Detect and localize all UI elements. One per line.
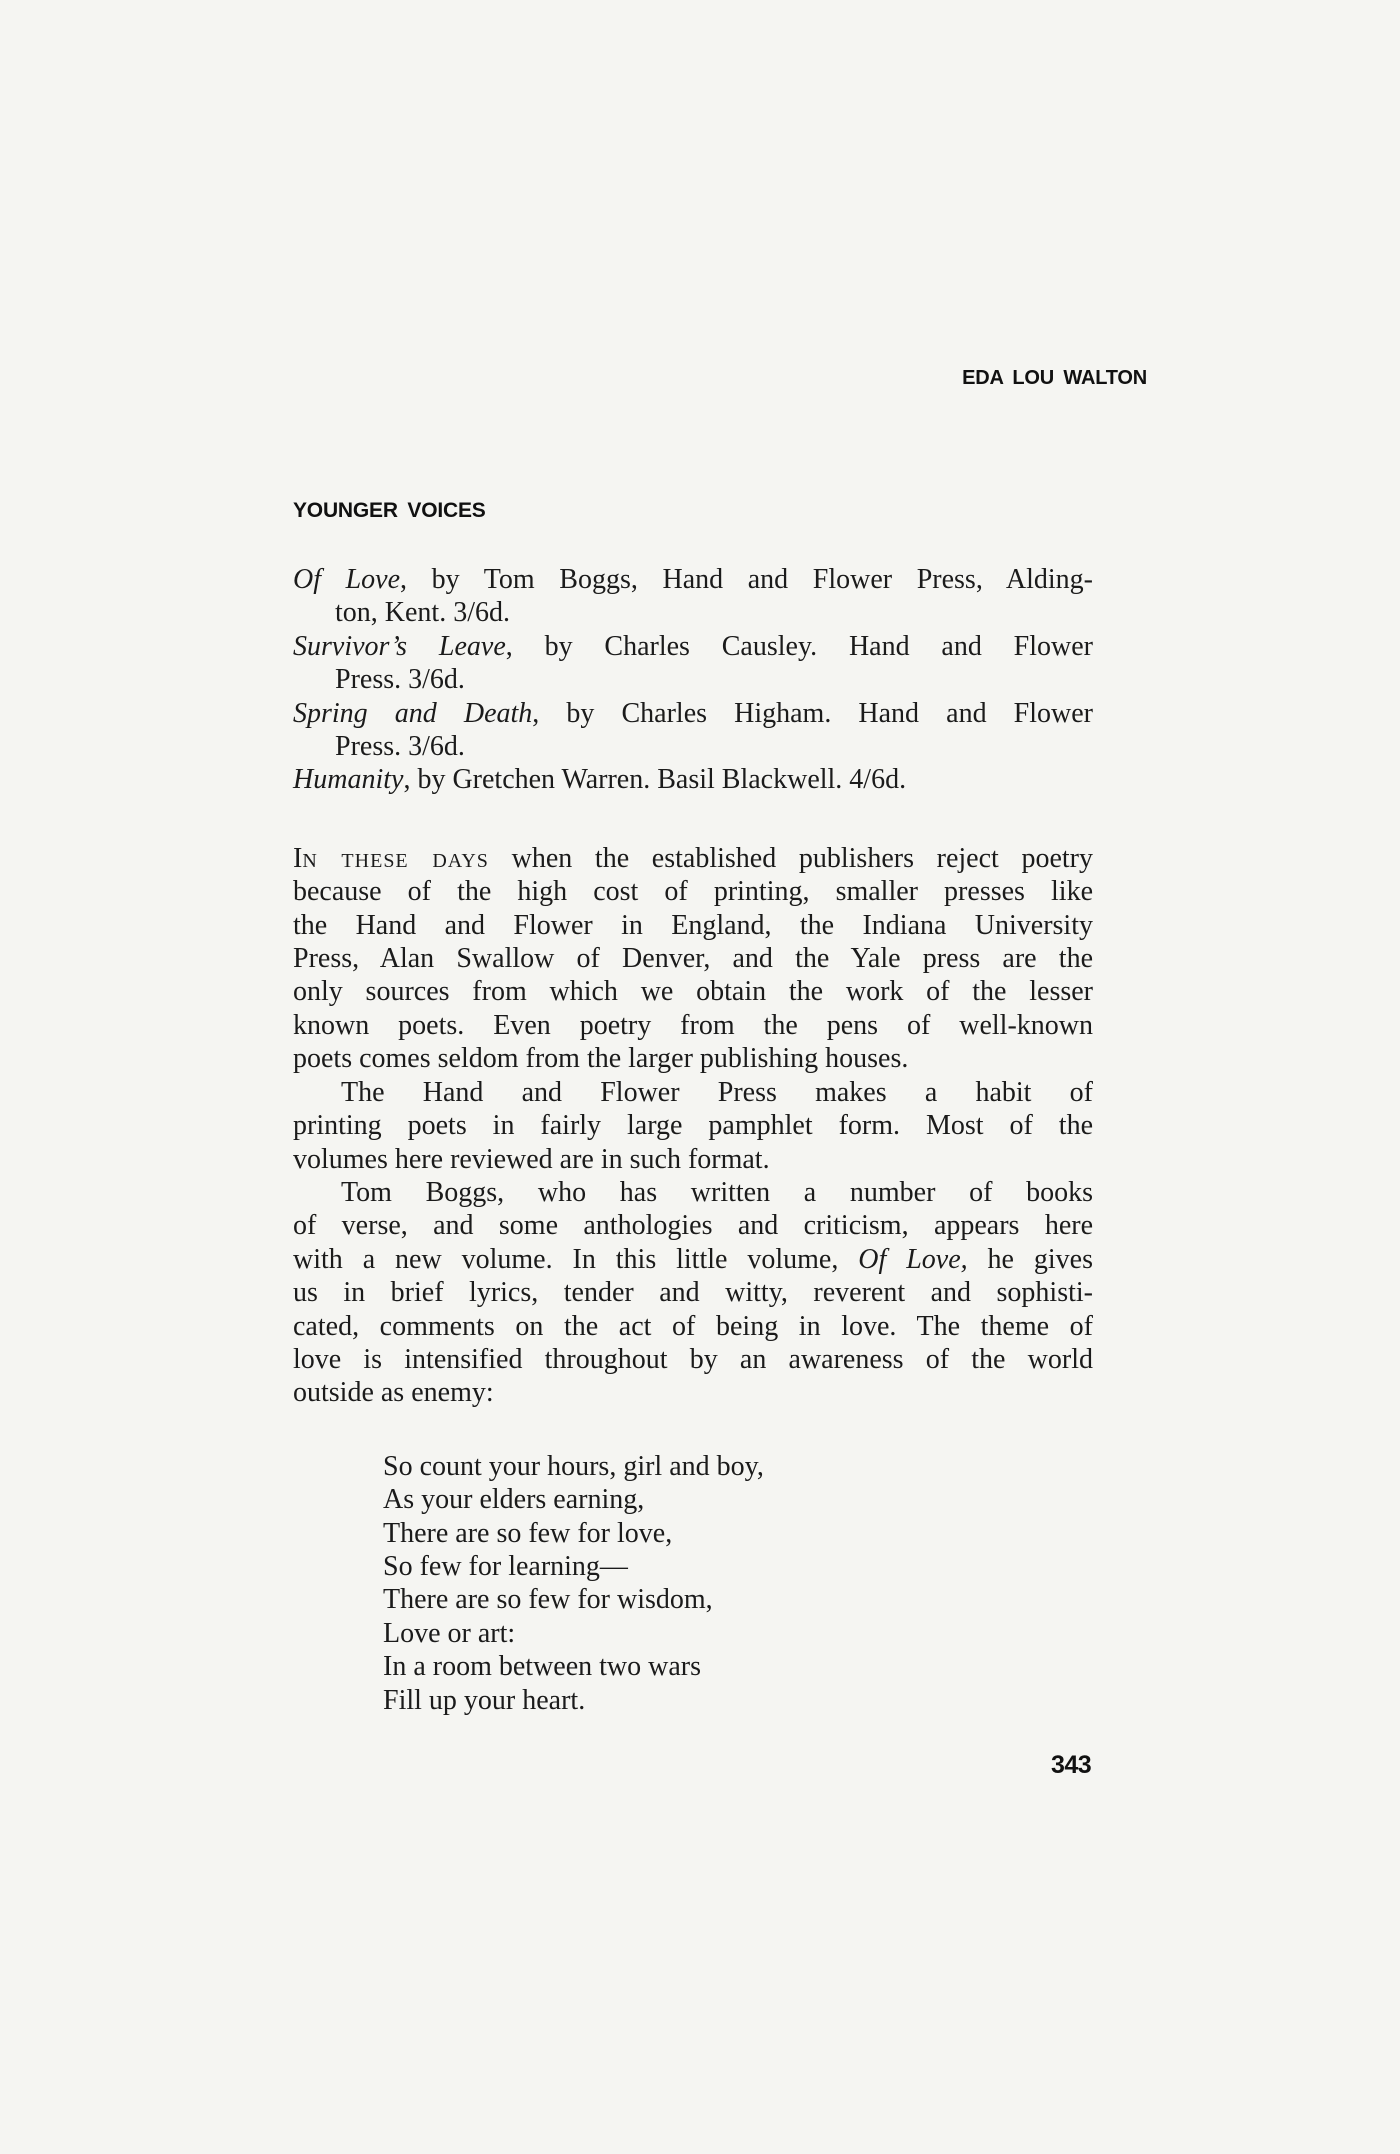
text-run: of verse, and some anthologies and criti… (293, 1210, 1093, 1241)
text-line: because of the high cost of printing, sm… (293, 875, 1093, 908)
text-run: printing poets in fairly large pamphlet … (293, 1110, 1093, 1141)
text-run: volumes here reviewed are in such format… (293, 1144, 770, 1175)
italic-text: Survivor’s Leave (293, 631, 506, 662)
text-line: only sources from which we obtain the wo… (293, 975, 1093, 1008)
text-run: known poets. Even poetry from the pens o… (293, 1010, 1093, 1041)
poem-line: There are so few for wisdom, (383, 1583, 1093, 1616)
document-page: EDA LOU WALTON YOUNGER VOICES Of Love, b… (0, 0, 1400, 2154)
bibliography-entry: Spring and Death, by Charles Higham. Han… (293, 697, 1093, 764)
text-run: when the established publishers reject p… (489, 843, 1093, 874)
text-run: because of the high cost of printing, sm… (293, 876, 1093, 907)
text-column: Of Love, by Tom Boggs, Hand and Flower P… (293, 563, 1093, 1717)
text-run: The Hand and Flower Press makes a habit … (341, 1077, 1093, 1108)
text-run: , by Charles Higham. Hand and Flower (532, 698, 1093, 729)
text-line: poets comes seldom from the larger publi… (293, 1042, 1093, 1075)
poem-quote: So count your hours, girl and boy,As you… (383, 1450, 1093, 1717)
text-line: us in brief lyrics, tender and witty, re… (293, 1276, 1093, 1309)
spacer (293, 1410, 1093, 1450)
text-line: known poets. Even poetry from the pens o… (293, 1009, 1093, 1042)
text-line: love is intensified throughout by an awa… (293, 1343, 1093, 1376)
spacer (293, 797, 1093, 842)
text-run: love is intensified throughout by an awa… (293, 1344, 1093, 1375)
text-run: Tom Boggs, who has written a number of b… (341, 1177, 1093, 1208)
italic-text: Spring and Death (293, 698, 532, 729)
text-run: ton, Kent. 3/6d. (335, 597, 510, 628)
text-line: Press. 3/6d. (293, 730, 1093, 763)
bibliography-entry: Survivor’s Leave, by Charles Causley. Ha… (293, 630, 1093, 697)
text-line: The Hand and Flower Press makes a habit … (293, 1076, 1093, 1109)
body-paragraphs: In these days when the established publi… (293, 842, 1093, 1410)
text-run: poets comes seldom from the larger publi… (293, 1043, 908, 1074)
text-line: Press, Alan Swallow of Denver, and the Y… (293, 942, 1093, 975)
text-run: outside as enemy: (293, 1377, 494, 1408)
poem-line: So few for learning— (383, 1550, 1093, 1583)
text-line: volumes here reviewed are in such format… (293, 1143, 1093, 1176)
bibliography: Of Love, by Tom Boggs, Hand and Flower P… (293, 563, 1093, 797)
text-line: Press. 3/6d. (293, 663, 1093, 696)
paragraph: Tom Boggs, who has written a number of b… (293, 1176, 1093, 1410)
paragraph: In these days when the established publi… (293, 842, 1093, 1076)
text-run: Press, Alan Swallow of Denver, and the Y… (293, 943, 1093, 974)
text-line: outside as enemy: (293, 1376, 1093, 1409)
text-line: Humanity, by Gretchen Warren. Basil Blac… (293, 763, 1093, 796)
poem-line: In a room between two wars (383, 1650, 1093, 1683)
text-run: , by Charles Causley. Hand and Flower (506, 631, 1093, 662)
text-line: with a new volume. In this little volume… (293, 1243, 1093, 1276)
section-title: YOUNGER VOICES (293, 500, 486, 521)
text-run: only sources from which we obtain the wo… (293, 976, 1093, 1007)
text-run: , by Tom Boggs, Hand and Flower Press, A… (400, 564, 1093, 595)
poem-line: As your elders earning, (383, 1483, 1093, 1516)
poem-line: There are so few for love, (383, 1517, 1093, 1550)
text-run: I (293, 843, 302, 874)
text-line: printing poets in fairly large pamphlet … (293, 1109, 1093, 1142)
text-run: the Hand and Flower in England, the Indi… (293, 910, 1093, 941)
text-line: In these days when the established publi… (293, 842, 1093, 875)
text-run: Press. 3/6d. (335, 731, 465, 762)
text-line: of verse, and some anthologies and criti… (293, 1209, 1093, 1242)
bibliography-entry: Of Love, by Tom Boggs, Hand and Flower P… (293, 563, 1093, 630)
text-run: Press. 3/6d. (335, 664, 465, 695)
poem-line: Love or art: (383, 1617, 1093, 1650)
page-number: 343 (1051, 1753, 1091, 1778)
text-line: Of Love, by Tom Boggs, Hand and Flower P… (293, 563, 1093, 596)
text-run: us in brief lyrics, tender and witty, re… (293, 1277, 1093, 1308)
text-line: Spring and Death, by Charles Higham. Han… (293, 697, 1093, 730)
text-line: ton, Kent. 3/6d. (293, 596, 1093, 629)
text-line: Tom Boggs, who has written a number of b… (293, 1176, 1093, 1209)
running-head-author: EDA LOU WALTON (962, 368, 1147, 388)
bibliography-entry: Humanity, by Gretchen Warren. Basil Blac… (293, 763, 1093, 796)
text-run: cated, comments on the act of being in l… (293, 1311, 1093, 1342)
text-run: , by Gretchen Warren. Basil Blackwell. 4… (403, 764, 906, 795)
text-run: he gives (968, 1244, 1093, 1275)
smallcaps-text: n these days (302, 843, 489, 874)
text-line: Survivor’s Leave, by Charles Causley. Ha… (293, 630, 1093, 663)
poem-line: So count your hours, girl and boy, (383, 1450, 1093, 1483)
text-run: with a new volume. In this little volume… (293, 1244, 858, 1275)
text-line: the Hand and Flower in England, the Indi… (293, 909, 1093, 942)
paragraph: The Hand and Flower Press makes a habit … (293, 1076, 1093, 1176)
italic-text: Humanity (293, 764, 403, 795)
poem-line: Fill up your heart. (383, 1684, 1093, 1717)
italic-text: Of Love, (858, 1244, 967, 1275)
italic-text: Of Love (293, 564, 400, 595)
text-line: cated, comments on the act of being in l… (293, 1310, 1093, 1343)
